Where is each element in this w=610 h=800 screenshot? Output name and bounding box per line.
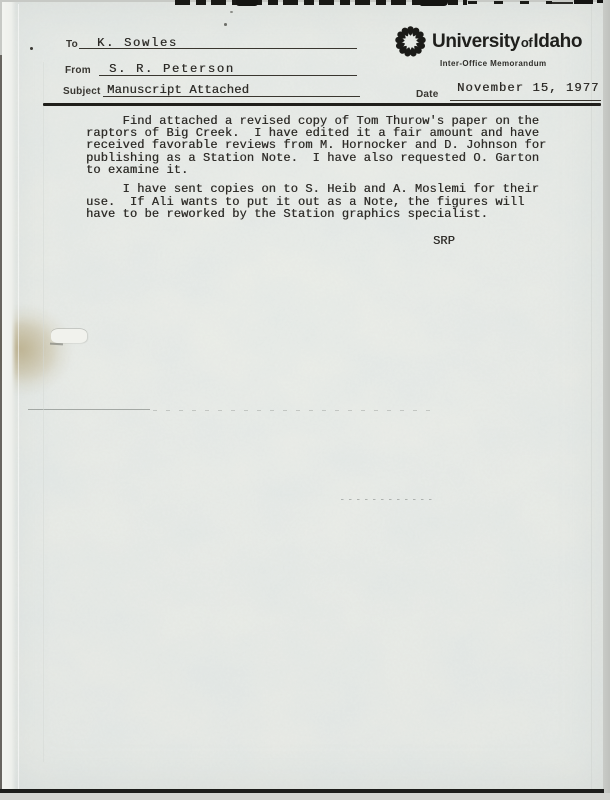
- scan-edge-mark: [552, 2, 573, 4]
- faint-dash-marks: [341, 499, 436, 500]
- paper-fold-line: [18, 4, 19, 792]
- subject-field-value: Manuscript Attached: [107, 83, 249, 97]
- paper-left-highlight: [2, 2, 16, 790]
- scan-edge-mark: [420, 0, 448, 6]
- scan-right-edge: [603, 0, 610, 800]
- scan-edge-mark: [574, 0, 593, 4]
- org-name-idaho: Idaho: [533, 31, 582, 52]
- date-field-value: November 15, 1977: [457, 81, 599, 95]
- memo-paragraph: Find attached a revised copy of Tom Thur…: [86, 115, 566, 177]
- scan-edge-mark: [236, 0, 258, 6]
- signature-initials: SRP: [86, 235, 566, 247]
- memo-body-line: Find attached a revised copy of Tom Thur…: [86, 115, 566, 127]
- faint-scratch-line: [28, 409, 150, 410]
- ink-speck: [230, 11, 233, 13]
- memo-type-label: Inter-Office Memorandum: [440, 59, 547, 68]
- to-field-underline: [79, 48, 357, 49]
- correction-patch: [51, 329, 87, 343]
- memo-body-line: received favorable reviews from M. Horno…: [86, 139, 566, 151]
- org-name-of: of: [521, 35, 532, 50]
- memo-body-line: I have sent copies on to S. Heib and A. …: [86, 183, 566, 195]
- ink-speck: [224, 23, 227, 26]
- from-field-value: S. R. Peterson: [109, 62, 235, 76]
- memo-paper: UniversityofIdaho Inter-Office Memorandu…: [3, 2, 604, 790]
- scan-bottom-strip: [0, 793, 610, 800]
- org-name-university: University: [432, 31, 520, 52]
- date-field-label: Date: [416, 89, 438, 100]
- memo-paragraph: I have sent copies on to S. Heib and A. …: [86, 183, 566, 220]
- header-divider-rule: [43, 103, 601, 107]
- memo-body-line: have to be reworked by the Station graph…: [86, 208, 566, 220]
- date-field-underline: [450, 100, 601, 101]
- university-of-idaho-sunburst-icon: [392, 23, 429, 60]
- memo-body-line: to examine it.: [86, 164, 566, 176]
- subject-field-label: Subject: [63, 86, 101, 97]
- subject-field-underline: [103, 96, 360, 97]
- faint-dotted-line: [153, 410, 433, 411]
- to-field-label: To: [66, 39, 78, 50]
- scanned-memo-page: UniversityofIdaho Inter-Office Memorandu…: [0, 0, 610, 800]
- memo-body: Find attached a revised copy of Tom Thur…: [86, 115, 566, 248]
- stray-period-mark: [30, 47, 33, 50]
- paper-fold-line: [591, 4, 592, 792]
- from-field-underline: [99, 75, 357, 76]
- paper-fold-line: [43, 62, 44, 762]
- scan-edge-dashes: [468, 1, 552, 4]
- from-field-label: From: [65, 65, 91, 76]
- org-name: UniversityofIdaho: [432, 32, 582, 51]
